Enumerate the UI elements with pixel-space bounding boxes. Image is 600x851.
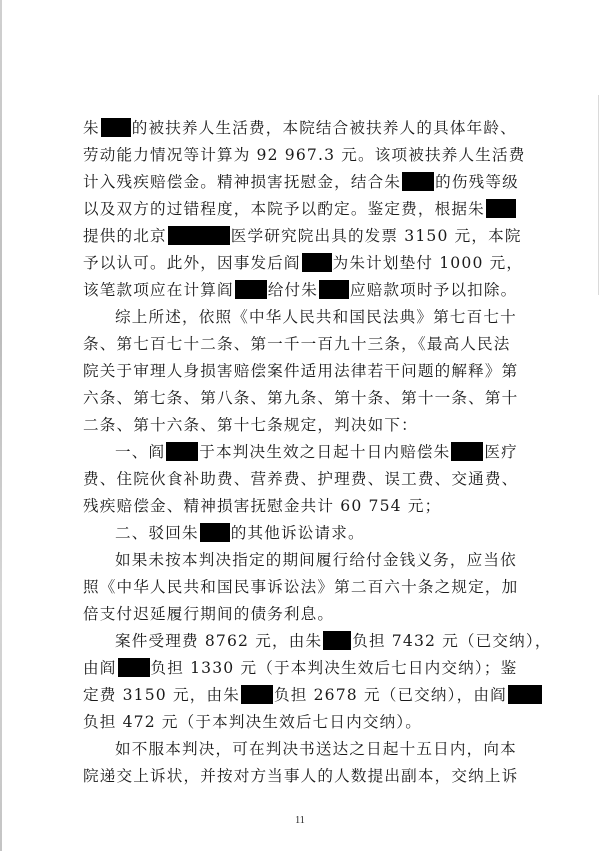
text-segment: 负担 1330 元（于本判决生效后七日内交纳）；鉴	[151, 659, 518, 677]
text-line: 朱的被扶养人生活费，本院结合被扶养人的具体年龄、	[83, 117, 523, 139]
text-segment: 六条、第七条、第八条、第九条、第十条、第十一条、第十	[83, 389, 518, 407]
text-line: 六条、第七条、第八条、第九条、第十条、第十一条、第十	[83, 387, 523, 409]
redaction-box	[166, 442, 198, 461]
text-line: 由阎负担 1330 元（于本判决生效后七日内交纳）；鉴	[83, 657, 523, 679]
redaction-box	[451, 442, 483, 461]
text-line: 定费 3150 元，由朱负担 2678 元（已交纳），由阎	[83, 684, 523, 706]
redaction-box	[402, 172, 434, 191]
redaction-box	[486, 199, 516, 218]
text-segment: 负担 7432 元（已交纳），	[352, 632, 551, 650]
text-line: 二条、第十六条、第十七条规定，判决如下：	[83, 414, 523, 436]
text-segment: 负担 2678 元（已交纳），由阎	[274, 686, 507, 704]
text-line: 负担 472 元（于本判决生效后七日内交纳）。	[83, 711, 523, 733]
text-segment: 提供的北京	[83, 227, 167, 245]
text-segment: 残疾赔偿金、精神损害抚慰金共计 60 754 元；	[83, 497, 441, 515]
redaction-box	[302, 253, 332, 272]
text-segment: 院关于审理人身损害赔偿案件适用法律若干问题的解释》第	[83, 362, 518, 380]
text-line: 如果未按本判决指定的期间履行给付金钱义务，应当依	[115, 549, 523, 571]
text-segment: 案件受理费 8762 元，由朱	[115, 632, 322, 650]
text-segment: 由阎	[83, 659, 117, 677]
text-segment: 负担 472 元（于本判决生效后七日内交纳）。	[83, 713, 422, 731]
text-segment: 二条、第十六条、第十七条规定，判决如下：	[83, 416, 418, 434]
document-page: 朱的被扶养人生活费，本院结合被扶养人的具体年龄、 劳动能力情况等计算为 92 9…	[0, 0, 600, 851]
text-segment: 如不服本判决，可在判决书送达之日起十五日内，向本	[115, 740, 517, 758]
text-line: 费、住院伙食补助费、营养费、护理费、误工费、交通费、	[83, 468, 523, 490]
redaction-box	[241, 685, 273, 704]
text-segment: 如果未按本判决指定的期间履行给付金钱义务，应当依	[115, 551, 517, 569]
text-segment: 综上所述，依照《中华人民共和国民法典》第七百七十	[115, 308, 517, 326]
redaction-box	[323, 631, 351, 650]
text-segment: 定费 3150 元，由朱	[83, 686, 240, 704]
text-line: 予以认可。此外，因事发后阎为朱计划垫付 1000 元，	[83, 252, 523, 274]
page-number: 11	[290, 815, 310, 826]
text-line: 该笔款项应在计算阎给付朱应赔款项时予以扣除。	[83, 279, 523, 301]
text-segment: 的其他诉讼请求。	[231, 524, 365, 542]
text-line: 计入残疾赔偿金。精神损害抚慰金，结合朱的伤残等级	[83, 171, 523, 193]
redaction-box	[168, 226, 230, 245]
text-segment: 的伤残等级	[435, 173, 519, 191]
text-line: 以及双方的过错程度，本院予以酌定。鉴定费，根据朱	[83, 198, 523, 220]
text-line: 院关于审理人身损害赔偿案件适用法律若干问题的解释》第	[83, 360, 523, 382]
scan-edge-left	[0, 0, 2, 851]
text-segment: 于本判决生效之日起十日内赔偿朱	[199, 443, 450, 461]
text-line: 一、阎于本判决生效之日起十日内赔偿朱医疗	[115, 441, 523, 463]
text-line: 倍支付迟延履行期间的债务利息。	[83, 603, 523, 625]
text-segment: 院递交上诉状，并按对方当事人的人数提出副本，交纳上诉	[83, 767, 518, 785]
text-line: 提供的北京医学研究院出具的发票 3150 元，本院	[83, 225, 523, 247]
text-line: 残疾赔偿金、精神损害抚慰金共计 60 754 元；	[83, 495, 523, 517]
text-segment: 的被扶养人生活费，本院结合被扶养人的具体年龄、	[132, 119, 517, 137]
text-segment: 劳动能力情况等计算为 92 967.3 元。该项被扶养人生活费	[83, 146, 525, 164]
text-segment: 该笔款项应在计算阎	[83, 281, 234, 299]
text-segment: 应赔款项时予以扣除。	[350, 281, 517, 299]
text-segment: 以及双方的过错程度，本院予以酌定。鉴定费，根据朱	[83, 200, 485, 218]
text-segment: 朱	[83, 119, 100, 137]
text-segment: 条、第七百七十二条、第一千一百九十三条，《最高人民法	[83, 335, 511, 353]
text-line: 综上所述，依照《中华人民共和国民法典》第七百七十	[115, 306, 523, 328]
text-segment: 计入残疾赔偿金。精神损害抚慰金，结合朱	[83, 173, 401, 191]
text-segment: 倍支付迟延履行期间的债务利息。	[83, 605, 334, 623]
text-segment: 为朱计划垫付 1000 元，	[333, 254, 523, 272]
text-line: 条、第七百七十二条、第一千一百九十三条，《最高人民法	[83, 333, 523, 355]
text-line: 照《中华人民共和国民事诉讼法》第二百六十条之规定，加	[83, 576, 523, 598]
text-segment: 一、阎	[115, 443, 165, 461]
redaction-box	[118, 658, 150, 677]
redaction-box	[200, 523, 230, 542]
redaction-box	[101, 118, 131, 137]
text-segment: 医学研究院出具的发票 3150 元，本院	[231, 227, 522, 245]
text-segment: 照《中华人民共和国民事诉讼法》第二百六十条之规定，加	[83, 578, 518, 596]
text-line: 院递交上诉状，并按对方当事人的人数提出副本，交纳上诉	[83, 765, 523, 787]
text-segment: 费、住院伙食补助费、营养费、护理费、误工费、交通费、	[83, 470, 518, 488]
text-line: 劳动能力情况等计算为 92 967.3 元。该项被扶养人生活费	[83, 144, 523, 166]
text-segment: 给付朱	[268, 281, 318, 299]
text-segment: 二、驳回朱	[115, 524, 199, 542]
text-line: 二、驳回朱的其他诉讼请求。	[115, 522, 523, 544]
text-line: 如不服本判决，可在判决书送达之日起十五日内，向本	[115, 738, 523, 760]
text-segment: 医疗	[484, 443, 518, 461]
scan-edge-right	[598, 95, 599, 295]
text-line: 案件受理费 8762 元，由朱负担 7432 元（已交纳），	[115, 630, 523, 652]
redaction-box	[508, 685, 542, 704]
text-segment: 予以认可。此外，因事发后阎	[83, 254, 301, 272]
redaction-box	[235, 280, 267, 299]
redaction-box	[319, 280, 349, 299]
